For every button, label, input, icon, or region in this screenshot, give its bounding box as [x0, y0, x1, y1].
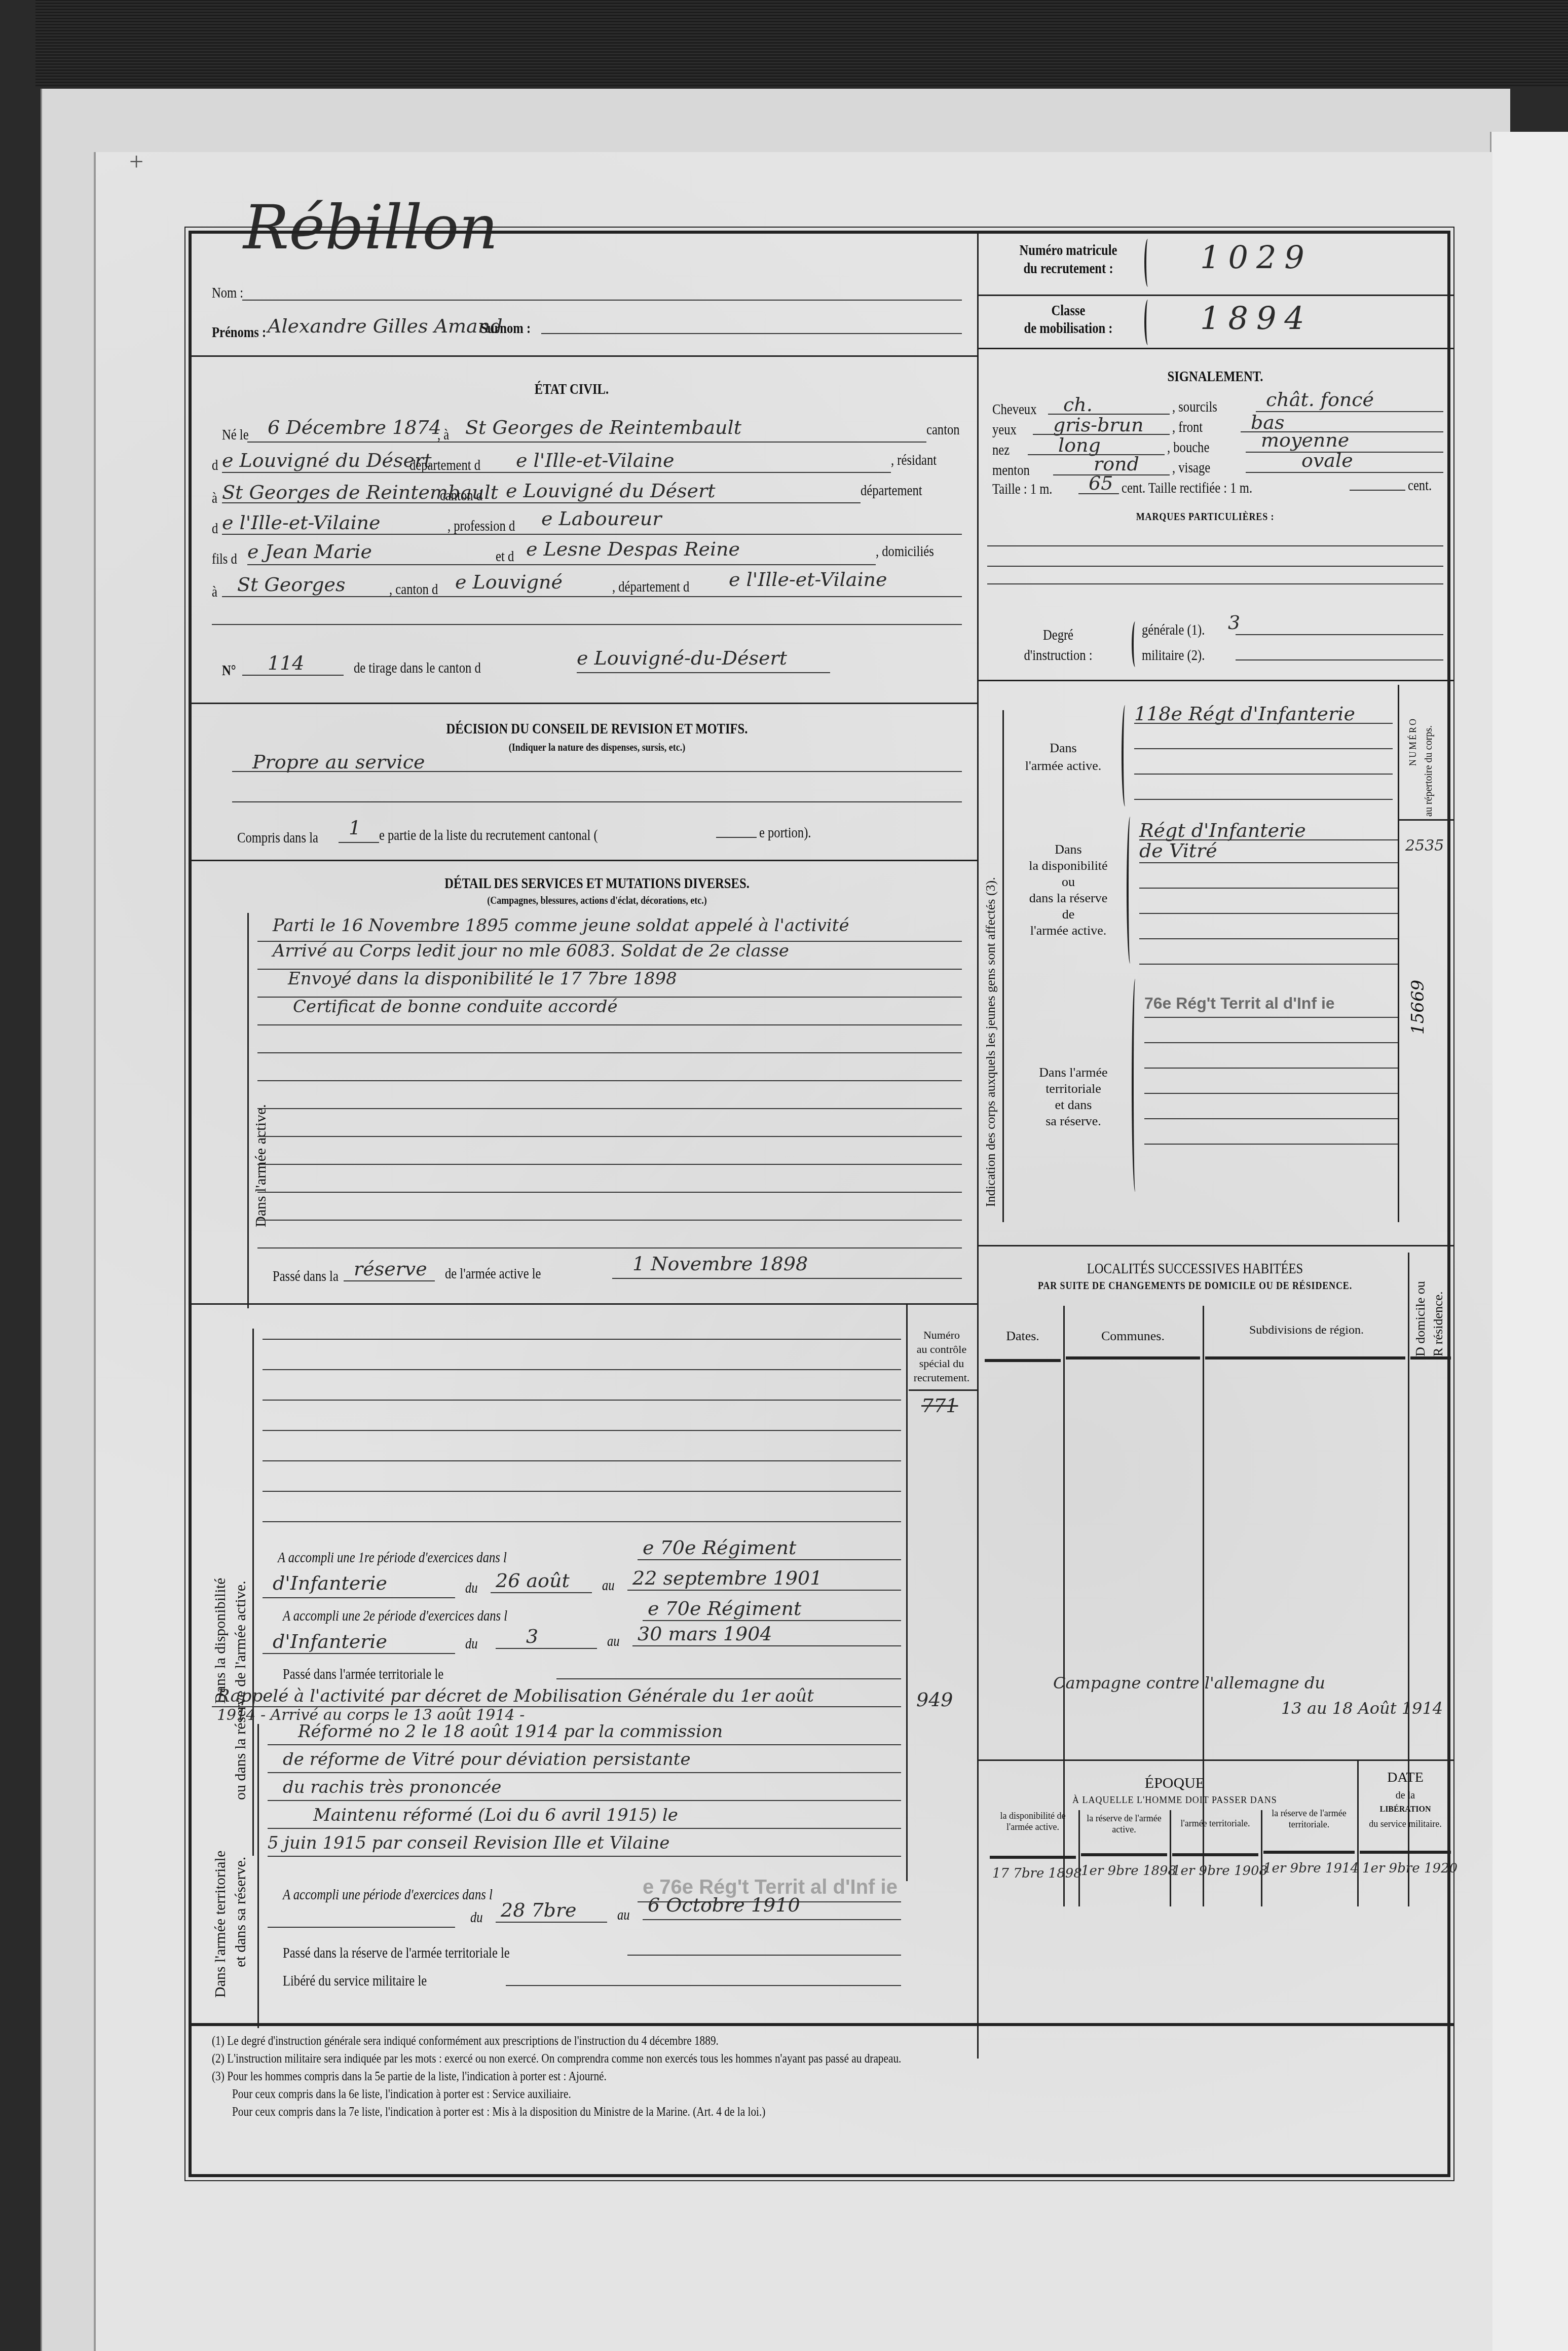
dispo-label-3: ou — [1013, 874, 1124, 890]
services-title: DÉTAIL DES SERVICES ET MUTATIONS DIVERSE… — [389, 875, 805, 892]
instruction-label-1: Degré — [1004, 627, 1112, 644]
tirage-canton: e Louvigné-du-Désert — [577, 647, 787, 669]
next-page-edge — [1490, 132, 1568, 2351]
active-value: 118e Régt d'Infanterie — [1134, 703, 1355, 725]
line — [263, 1369, 901, 1370]
divider — [985, 1359, 1061, 1362]
epoque-title: ÉPOQUE — [992, 1775, 1357, 1792]
divider — [192, 1303, 977, 1305]
passe-reserve-label: Passé dans la — [273, 1268, 339, 1285]
liberation-sub-2: LIBÉRATION — [1357, 1805, 1453, 1814]
dr-header-1: D domicile ou — [1413, 1281, 1428, 1356]
line — [257, 1052, 962, 1053]
line — [643, 1620, 901, 1621]
territ-label-4: sa réserve. — [1018, 1114, 1129, 1129]
line — [1246, 472, 1443, 473]
line — [268, 1828, 901, 1829]
controle-value: 771 — [921, 1394, 958, 1417]
line — [257, 1136, 962, 1137]
side-label-territ-2: et dans sa réserve. — [232, 1857, 249, 1967]
periode1-au: 22 septembre 1901 — [632, 1567, 822, 1589]
line — [1139, 913, 1398, 914]
line — [339, 842, 379, 843]
line — [1134, 774, 1393, 775]
divider — [977, 1759, 1453, 1761]
line — [496, 1922, 607, 1923]
dispo-numero: 2535 — [1405, 837, 1444, 855]
passe-reserve-value: réserve — [354, 1258, 427, 1280]
col-dates: Dates. — [982, 1329, 1063, 1344]
classe-label-2: de mobilisation : — [1006, 320, 1131, 337]
territ-line-5: du rachis très prononcée — [283, 1777, 501, 1797]
ne-le-value: 6 Décembre 1874 — [268, 416, 441, 438]
footnote-2: (2) L'instruction militaire sera indiqué… — [212, 2051, 901, 2066]
line — [263, 1430, 901, 1431]
divider — [1066, 1356, 1200, 1360]
line — [268, 1927, 455, 1928]
line — [222, 472, 891, 473]
front-label: , front — [1172, 419, 1203, 436]
line — [491, 1592, 592, 1593]
line — [1144, 1093, 1398, 1094]
divider — [1205, 1356, 1405, 1360]
dispo-value-1: Régt d'Infanterie — [1139, 819, 1306, 841]
line — [257, 1247, 962, 1248]
pere: e Jean Marie — [247, 540, 372, 563]
footnote-1: (1) Le degré d'instruction générale sera… — [212, 2033, 719, 2048]
liberation-title: DATE — [1357, 1770, 1453, 1786]
et-de-label: et d — [496, 548, 514, 565]
matricule-label-1: Numéro matricule — [1006, 242, 1131, 259]
service-line-1: Parti le 16 Novembre 1895 comme jeune so… — [273, 915, 849, 936]
line — [506, 1985, 901, 1986]
brace — [1132, 979, 1139, 1192]
footnote-5: Pour ceux compris dans la 7e liste, l'in… — [232, 2104, 765, 2119]
divider — [909, 1389, 977, 1391]
classe-value: 1894 — [1200, 300, 1313, 337]
menton-label: menton — [992, 462, 1030, 479]
territ-periode-label: A accompli une période d'exercices dans … — [283, 1886, 493, 1903]
mere: e Lesne Despas Reine — [526, 538, 740, 560]
localites-subtitle: PAR SUITE DE CHANGEMENTS DE DOMICILE OU … — [1029, 1279, 1361, 1292]
epoque-col-2: la réserve de l'armée active. — [1078, 1813, 1170, 1835]
departement-parents: e l'Ille-et-Vilaine — [729, 568, 887, 591]
dr-header-2: R résidence. — [1431, 1291, 1446, 1356]
dispo-label-2: la disponibilité — [1013, 858, 1124, 873]
nez-label: nez — [992, 442, 1010, 459]
corps-side-label: Indication des corps auxquels les jeunes… — [983, 877, 998, 1207]
line — [1144, 1118, 1398, 1119]
numero-sub: au répertoire du corps. — [1423, 725, 1435, 817]
visage: ovale — [1301, 449, 1353, 471]
line — [212, 624, 962, 625]
tirage-no-label: N° — [222, 662, 236, 679]
territ-periode-au-label: au — [617, 1906, 630, 1924]
divider — [192, 860, 977, 861]
line — [232, 771, 962, 772]
numero-header: NUMÉRO — [1408, 717, 1418, 766]
line — [638, 1559, 901, 1560]
canton-parents: e Louvigné — [455, 571, 563, 593]
line — [1139, 964, 1398, 965]
controle-header-3: spécial du — [906, 1357, 977, 1370]
generale-label: générale (1). — [1142, 621, 1205, 639]
bracket — [252, 1329, 254, 1856]
line — [263, 1521, 901, 1522]
footnote-4: Pour ceux compris dans la 6e liste, l'in… — [232, 2086, 571, 2102]
territ-line-7: 5 juin 1915 par conseil Revision Ille et… — [268, 1833, 669, 1853]
a-label: , à — [437, 426, 449, 444]
liberation-sub-1: de la — [1357, 1790, 1453, 1802]
line — [257, 1080, 962, 1081]
active-label-1: Dans — [1013, 741, 1114, 756]
line — [268, 1772, 901, 1773]
d-label: d — [212, 457, 218, 474]
surnom-label: Surnom : — [480, 320, 531, 337]
taille-rect-line — [1350, 490, 1405, 491]
line — [1144, 1068, 1398, 1069]
territ-label-1: Dans l'armée — [1018, 1065, 1129, 1080]
territ-line-6: Maintenu réformé (Loi du 6 avril 1915) l… — [313, 1805, 678, 1825]
bracket — [257, 1724, 259, 2028]
epoque-subtitle: À LAQUELLE L'HOMME DOIT PASSER DANS — [992, 1795, 1357, 1806]
canton-label: canton d — [440, 487, 482, 504]
periode1-label: A accompli une 1re période d'exercices d… — [278, 1549, 507, 1566]
controle-header-4: recrutement. — [906, 1371, 977, 1384]
surnom-line — [541, 333, 962, 334]
domicile-parents: St Georges — [237, 573, 346, 596]
line — [263, 1491, 901, 1492]
line — [222, 502, 861, 503]
epoque-col-3: l'armée territoriale. — [1170, 1818, 1261, 1829]
matricule-label-2: du recrutement : — [1006, 260, 1131, 277]
line — [232, 801, 962, 802]
territ-label-3: et dans — [1018, 1097, 1129, 1113]
periode1-corps-b: d'Infanterie — [273, 1572, 387, 1594]
prenoms-value: Alexandre Gilles Amand — [268, 315, 503, 337]
side-label-active: Dans l'armée active. — [252, 1104, 270, 1227]
sourcils: chât. foncé — [1266, 388, 1374, 411]
divider — [1398, 819, 1453, 821]
dispo-value-2: de Vitré — [1139, 839, 1217, 862]
signalement-title: SIGNALEMENT. — [1041, 368, 1390, 385]
service-line-3: Envoyé dans la disponibilité le 17 7bre … — [288, 969, 677, 989]
territ-line-4: de réforme de Vitré pour déviation persi… — [283, 1749, 691, 1770]
header-divider — [192, 355, 977, 357]
compris-label: Compris dans la — [237, 829, 318, 847]
territ-line-3: Réformé no 2 le 18 août 1914 par la comm… — [298, 1721, 723, 1742]
line — [1236, 659, 1443, 660]
taille: 65 — [1089, 472, 1113, 494]
line — [632, 1645, 901, 1646]
brace — [1132, 621, 1139, 667]
canton-naissance: e Louvigné du Désert — [222, 449, 431, 471]
matricule-value: 1029 — [1200, 239, 1313, 276]
territ-periode-au: 6 Octobre 1910 — [648, 1894, 800, 1916]
bracket — [1002, 710, 1004, 1222]
periode1-du-label: du — [465, 1579, 478, 1597]
line — [612, 1278, 962, 1279]
line — [1078, 493, 1119, 494]
epoque-val-4: 1er 9bre 1914 — [1263, 1861, 1359, 1876]
line — [1144, 1017, 1398, 1018]
line — [1134, 799, 1393, 800]
line — [263, 1653, 455, 1654]
compris-partie: 1 — [349, 817, 361, 839]
line — [1134, 723, 1393, 724]
cheveux-label: Cheveux — [992, 401, 1036, 418]
taille-cent: cent. Taille rectifiée : 1 m. — [1122, 480, 1252, 497]
line — [247, 564, 876, 565]
dispo-label-4: dans la réserve — [1013, 891, 1124, 906]
periode1-du: 26 août — [496, 1569, 570, 1592]
epoque-val-2: 1er 9bre 1898 — [1081, 1863, 1176, 1879]
sourcils-label: , sourcils — [1172, 398, 1217, 416]
margin-mark: + — [129, 147, 143, 176]
line — [643, 1919, 901, 1920]
service-line-2: Arrivé au Corps ledit jour no mle 6083. … — [273, 941, 789, 961]
ne-le-label: Né le — [222, 426, 249, 444]
a-label: à — [212, 490, 217, 507]
epoque-col-4: la réserve de l'armée territoriale. — [1261, 1808, 1357, 1830]
divider — [990, 1856, 1076, 1859]
line — [627, 1590, 901, 1591]
epoque-val-3: 1er 9bre 1908 — [1172, 1863, 1267, 1879]
tirage-no: 114 — [268, 652, 305, 674]
localites-title: LOCALITÉS SUCCESSIVES HABITÉES — [1029, 1260, 1361, 1277]
line — [268, 1744, 901, 1745]
etat-civil-title: ÉTAT CIVIL. — [468, 381, 676, 398]
departement-label: département — [861, 482, 922, 499]
a-label: à — [212, 583, 217, 601]
canton-residence: e Louvigné du Désert — [506, 480, 715, 502]
scanner-background — [0, 0, 1568, 86]
portion-label: e portion). — [759, 824, 811, 841]
line — [1236, 634, 1443, 635]
line — [263, 1597, 455, 1598]
line — [257, 1024, 962, 1025]
cheveux: ch. — [1063, 393, 1093, 416]
dispo-label-6: l'armée active. — [1013, 923, 1124, 938]
campagne-note-1: Campagne contre l'allemagne du — [1053, 1673, 1325, 1693]
liberation-sub-3: du service militaire. — [1357, 1818, 1453, 1830]
taille-label: Taille : 1 m. — [992, 481, 1053, 498]
periode2-du: 3 — [526, 1625, 538, 1647]
divider — [1172, 1853, 1258, 1856]
line — [1144, 1144, 1398, 1145]
line — [257, 1108, 962, 1109]
domicilies-label: , domiciliés — [876, 543, 934, 560]
line — [1139, 888, 1398, 889]
line — [242, 675, 344, 676]
registration-form: Nom : Prénoms : Alexandre Gilles Amand S… — [189, 231, 1450, 2177]
line — [222, 596, 962, 597]
periode2-au-label: au — [607, 1633, 620, 1650]
line — [987, 566, 1443, 567]
canton-label: canton — [926, 421, 960, 438]
active-label-2: l'armée active. — [1013, 758, 1114, 774]
scanner-edge — [0, 0, 35, 2351]
footnote-divider — [192, 2023, 1453, 2026]
periode1-au-label: au — [602, 1577, 615, 1594]
dispo-label-5: de — [1013, 907, 1124, 922]
departement-label: département d — [409, 457, 480, 474]
controle-header-2: au contrôle — [906, 1343, 977, 1356]
brace — [1122, 705, 1129, 806]
territ-numero: 15669 — [1408, 980, 1428, 1035]
libere-label: Libéré du service militaire le — [283, 1972, 427, 1990]
services-subtitle: (Campagnes, blessures, actions d'éclat, … — [431, 894, 763, 907]
periode2-au: 30 mars 1904 — [638, 1623, 772, 1645]
line — [1144, 1042, 1398, 1043]
brace — [1144, 300, 1151, 345]
classe-label-1: Classe — [1006, 302, 1131, 319]
line — [263, 1460, 901, 1461]
passe-reserve-date: 1 Novembre 1898 — [632, 1253, 808, 1275]
passe-reserve-mid: de l'armée active le — [445, 1265, 541, 1282]
liberation-value: 1er 9bre 1920 — [1362, 1861, 1458, 1876]
bracket — [247, 913, 249, 1308]
passe-territ-label: Passé dans l'armée territoriale le — [283, 1666, 443, 1683]
compris-rest: e partie de la liste du recrutement cant… — [379, 827, 598, 844]
departement-residence: e l'Ille-et-Vilaine — [222, 511, 381, 534]
line — [577, 672, 830, 673]
line — [257, 1164, 962, 1165]
territ-label-2: territoriale — [1018, 1081, 1129, 1096]
dispo-label-1: Dans — [1013, 842, 1124, 857]
line — [496, 1648, 597, 1649]
service-line-4: Certificat de bonne conduite accordé — [293, 997, 618, 1017]
reserve-territ-label: Passé dans la réserve de l'armée territo… — [283, 1944, 510, 1962]
periode2-du-label: du — [465, 1635, 478, 1652]
generale-value: 3 — [1228, 611, 1240, 634]
line — [987, 545, 1443, 546]
divider — [192, 703, 977, 704]
divider — [977, 348, 1453, 349]
yeux-label: yeux — [992, 421, 1017, 438]
portion-line — [716, 837, 757, 838]
numero-divider — [1398, 685, 1399, 1222]
line — [247, 442, 926, 443]
col-subdivisions: Subdivisions de région. — [1205, 1324, 1408, 1337]
nom-label: Nom : — [212, 284, 243, 302]
column-divider — [977, 234, 979, 2059]
decision-subtitle: (Indiquer la nature des dispenses, sursi… — [431, 741, 763, 754]
brace — [1144, 239, 1151, 287]
profession-label: , profession d — [447, 518, 515, 535]
line — [268, 1856, 901, 1857]
departement-naissance: e l'Ille-et-Vilaine — [516, 449, 675, 471]
campagne-note-2: 13 au 18 Août 1914 — [1281, 1699, 1443, 1718]
controle-divider — [906, 1303, 908, 1881]
side-label-dispo-1: Dans la disponibilité — [212, 1578, 229, 1704]
territ-stamp: 76e Rég't Territ al d'Inf ie — [1144, 994, 1335, 1013]
line — [1134, 748, 1393, 749]
territ-periode-du: 28 7bre — [501, 1899, 577, 1921]
epoque-val-1: 17 7bre 1898 — [992, 1866, 1082, 1881]
periode2-label: A accompli une 2e période d'exercices da… — [283, 1607, 507, 1625]
d-label: d — [212, 520, 218, 537]
militaire-label: militaire (2). — [1142, 647, 1205, 664]
territ-controle-value: 949 — [916, 1688, 953, 1711]
divider — [1081, 1853, 1167, 1856]
tirage-label: de tirage dans le canton d — [354, 659, 481, 677]
line — [1139, 938, 1398, 939]
divider — [1360, 1851, 1451, 1854]
yeux: gris-brun — [1053, 414, 1143, 436]
divider — [977, 680, 1453, 681]
line — [1033, 434, 1170, 435]
instruction-label-2: d'instruction : — [1004, 647, 1112, 664]
territ-periode-du-label: du — [470, 1909, 483, 1926]
decision-title: DÉCISION DU CONSEIL DE REVISION ET MOTIF… — [389, 720, 805, 738]
prenoms-label: Prénoms : — [212, 324, 266, 341]
line — [257, 1220, 962, 1221]
periode2-corps-a: e 70e Régiment — [648, 1597, 801, 1620]
bouche: moyenne — [1261, 429, 1349, 451]
fils-de-label: fils d — [212, 550, 237, 568]
departement-label: , département d — [612, 578, 689, 596]
bouche-label: , bouche — [1167, 439, 1209, 456]
line — [987, 583, 1443, 584]
divider — [977, 295, 1453, 296]
divider — [1263, 1851, 1355, 1854]
divider — [977, 1245, 1453, 1246]
line — [556, 1678, 901, 1679]
line — [263, 1400, 901, 1401]
line — [268, 1800, 901, 1801]
col-communes: Communes. — [1063, 1329, 1203, 1344]
lieu-naissance: St Georges de Reintembault — [465, 416, 741, 438]
divider — [1410, 1356, 1451, 1360]
controle-header-1: Numéro — [906, 1329, 977, 1342]
line — [627, 1955, 901, 1956]
line — [222, 534, 962, 535]
line — [257, 1192, 962, 1193]
periode1-corps-a: e 70e Régiment — [643, 1536, 796, 1559]
line — [344, 1280, 435, 1281]
periode2-corps-b: d'Infanterie — [273, 1630, 387, 1652]
canton-label: , canton d — [389, 581, 438, 598]
epoque-col-1: la disponibilité de l'armée active. — [987, 1810, 1078, 1832]
col-divider — [1203, 1306, 1204, 1906]
taille-rect-cent: cent. — [1408, 477, 1432, 494]
territ-line-1: Rappelé à l'activité par décret de Mobil… — [217, 1686, 814, 1706]
visage-label: , visage — [1172, 459, 1210, 476]
profession: e Laboureur — [541, 507, 661, 530]
marques-title: MARQUES PARTICULIÈRES : — [1060, 510, 1351, 523]
residant-label: , résidant — [891, 452, 937, 469]
decision-value: Propre au service — [252, 751, 425, 773]
nom-line — [242, 300, 962, 301]
side-label-territ-1: Dans l'armée territoriale — [212, 1851, 229, 1998]
footnote-3: (3) Pour les hommes compris dans la 5e p… — [212, 2069, 607, 2084]
line — [1139, 862, 1398, 863]
brace — [1127, 817, 1134, 964]
line — [263, 1339, 901, 1340]
